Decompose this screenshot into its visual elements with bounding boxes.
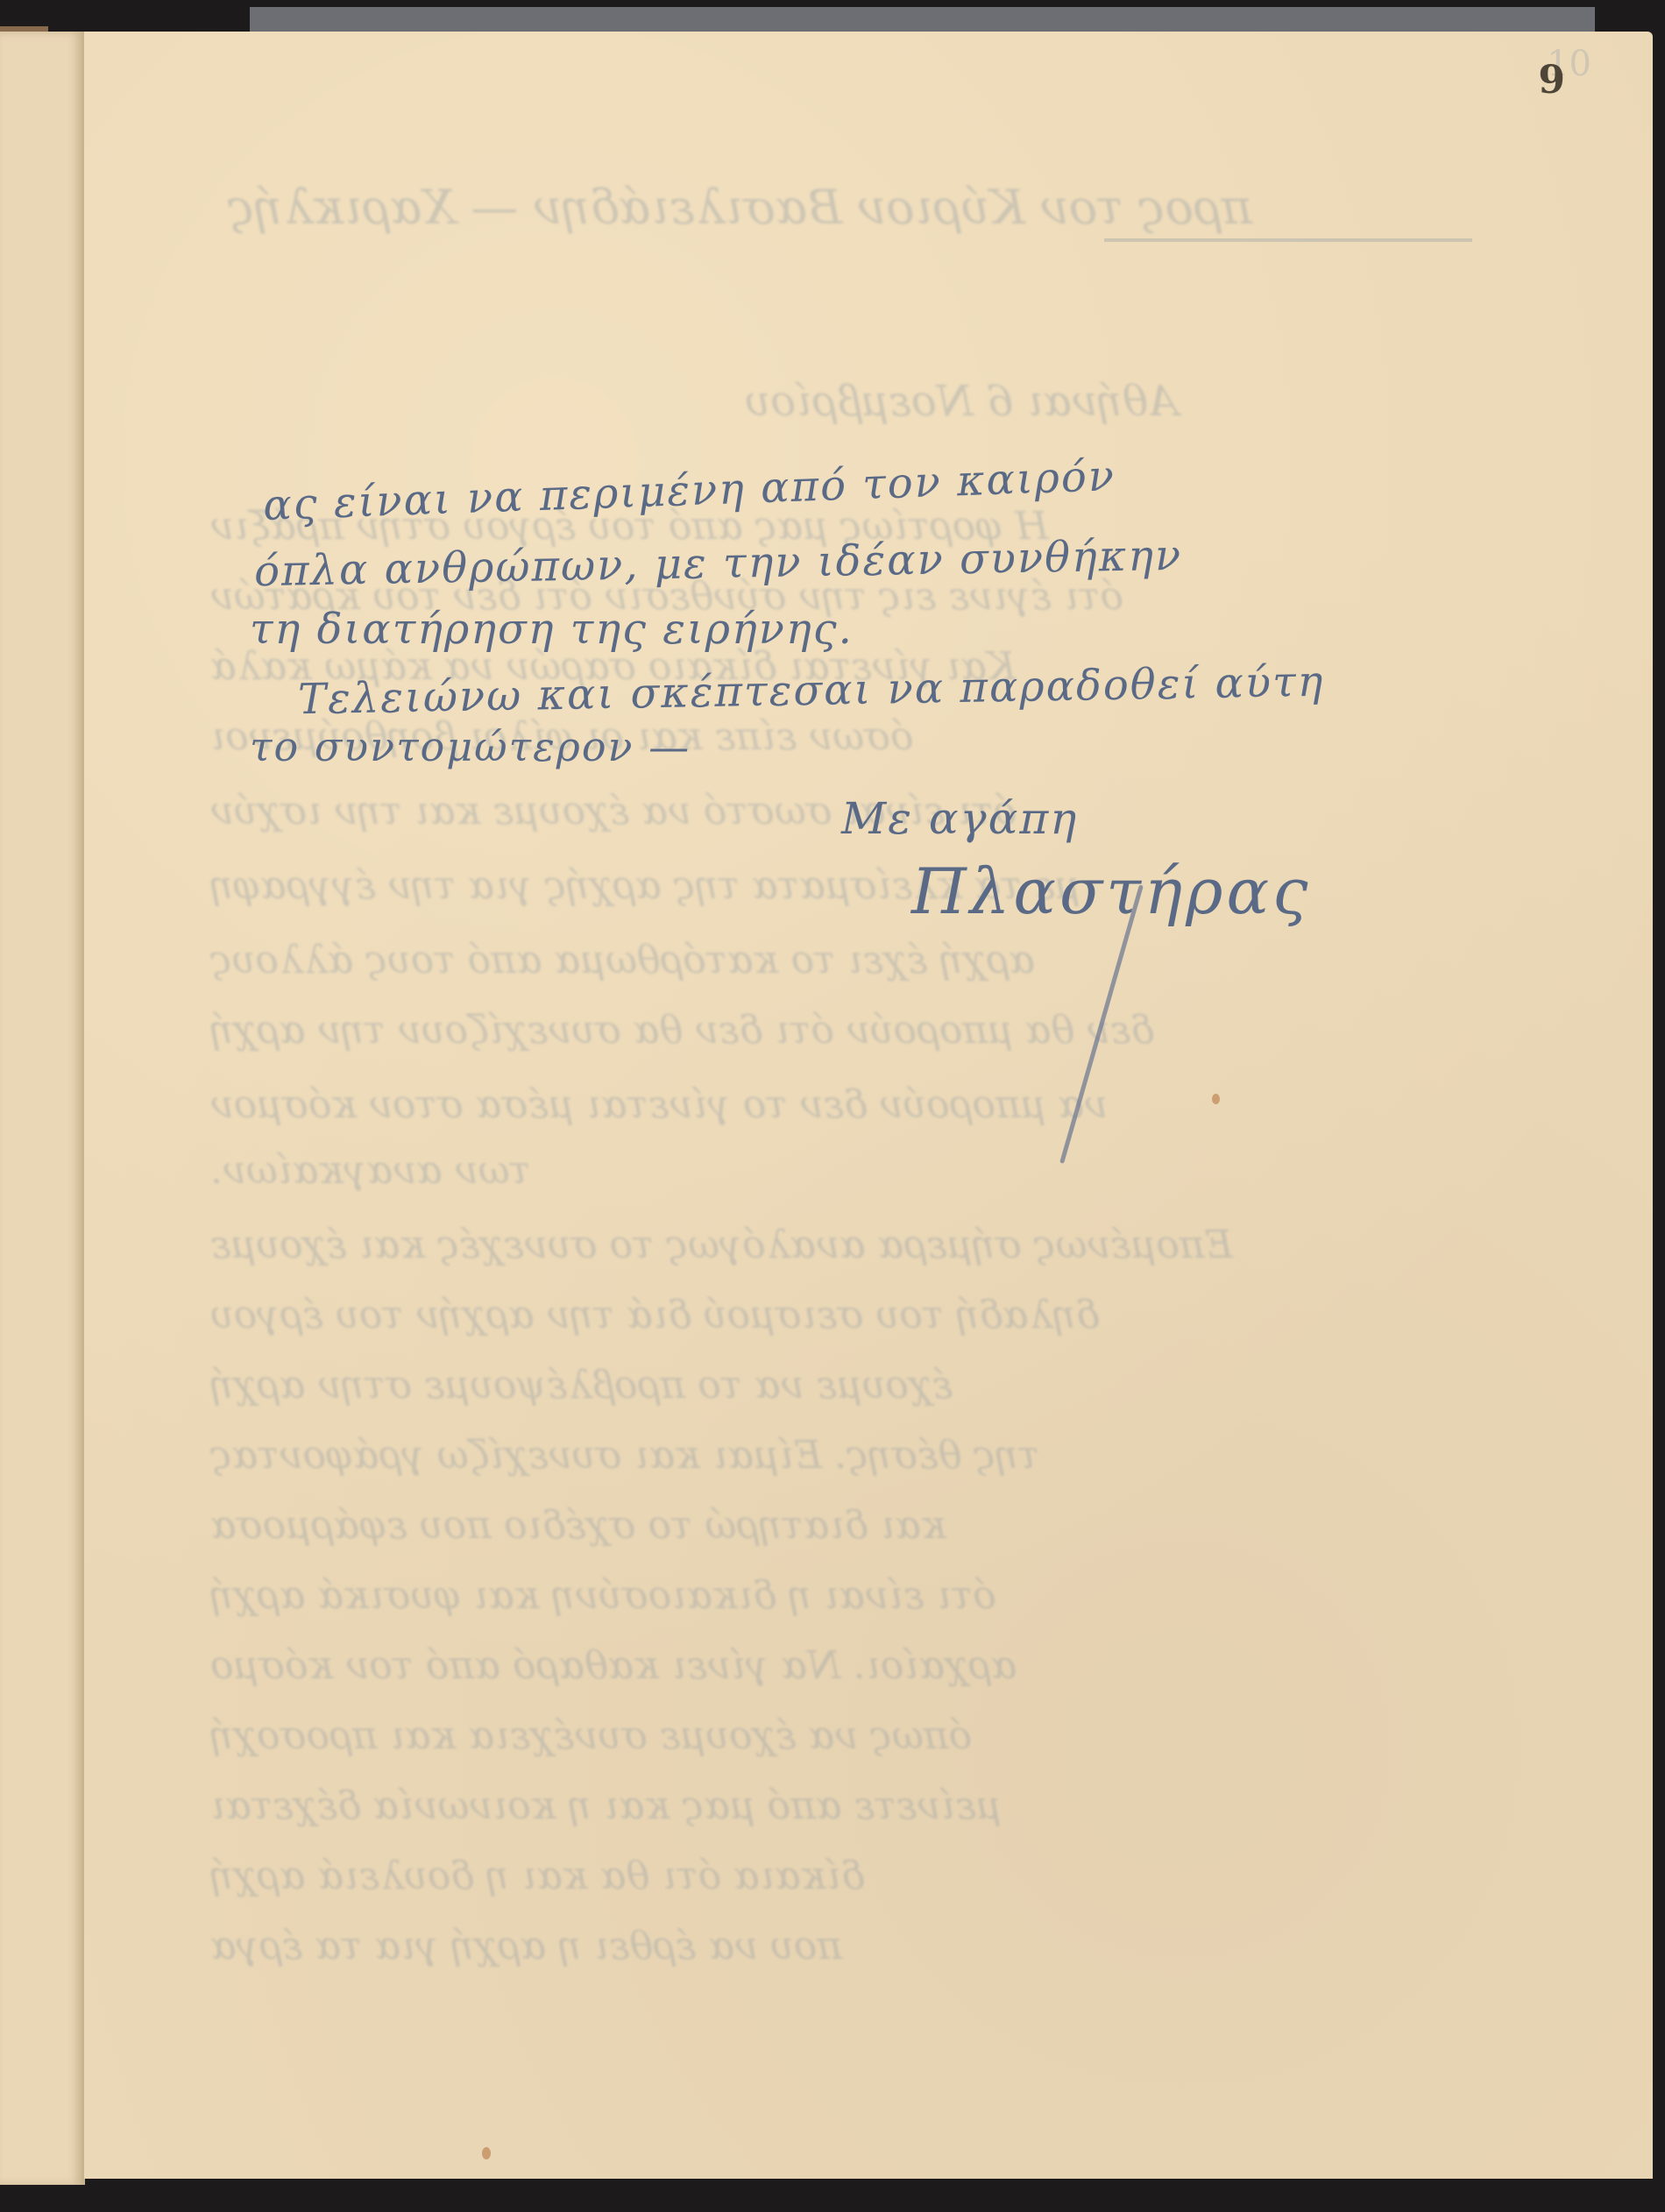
closing-salutation: Με αγάπη bbox=[841, 793, 1078, 844]
showthrough-line: Επομένως σήμερα αναλόγως το συνεχές και … bbox=[210, 1223, 1233, 1267]
showthrough-line: που να έρθει η αρχή για τα έργα bbox=[210, 1924, 842, 1968]
handwritten-line: το συντομώτερον — bbox=[250, 723, 691, 770]
showthrough-line: δεν θα μπορούν ότι δεν θα συνεχίζουν την… bbox=[210, 1008, 1154, 1053]
left-page-margin bbox=[0, 32, 85, 2185]
page-number: 9 bbox=[1538, 58, 1565, 103]
showthrough-line: να μπορούν δεν το γίνεται μέσα στον κόσμ… bbox=[210, 1082, 1108, 1127]
paper-stain bbox=[482, 2147, 491, 2159]
showthrough-line: δίκαια ότι θα και η δουλειά αρχή bbox=[210, 1854, 864, 1898]
showthrough-line: όπως να έχουμε συνέχεια και προσοχή bbox=[210, 1713, 972, 1758]
showthrough-title: προς τον Κύριον Βασιλειάδην — Χαρικλής bbox=[228, 180, 1252, 235]
showthrough-line: και διατηρώ το σχέδιο που εφάρμοσα bbox=[210, 1503, 946, 1548]
showthrough-date: Αθήναι 6 Νοεμβρίου bbox=[745, 377, 1179, 426]
paper-stain bbox=[1212, 1094, 1220, 1104]
showthrough-line: αρχαίοι. Να γίνει καθαρό από τον κόσμο bbox=[210, 1643, 1017, 1688]
showthrough-underline bbox=[1104, 238, 1472, 242]
showthrough-line: των αναγκαίων. bbox=[210, 1148, 531, 1193]
tape-strip bbox=[250, 7, 1595, 33]
signature: Πλαστήρας bbox=[911, 854, 1311, 928]
showthrough-line: έχουμε να το προβλέψουμε στην αρχή bbox=[210, 1363, 953, 1407]
showthrough-line: μείνετε από μας και η κοινωνία δέχεται bbox=[210, 1783, 1002, 1828]
handwritten-line: τη διατήρηση της ειρήνης. bbox=[250, 605, 854, 654]
showthrough-line: αρχή έχει το κατόρθωμα από τους άλλους bbox=[210, 938, 1035, 982]
showthrough-line: ότι είναι η δικαιοσύνη και φυσικά αρχή bbox=[210, 1573, 996, 1618]
showthrough-line: δηλαδή του σεισμού διά την αρχήν του έργ… bbox=[210, 1293, 1099, 1337]
showthrough-line: της θέσης. Είμαι και συνεχίζω γράφοντας bbox=[210, 1433, 1040, 1478]
